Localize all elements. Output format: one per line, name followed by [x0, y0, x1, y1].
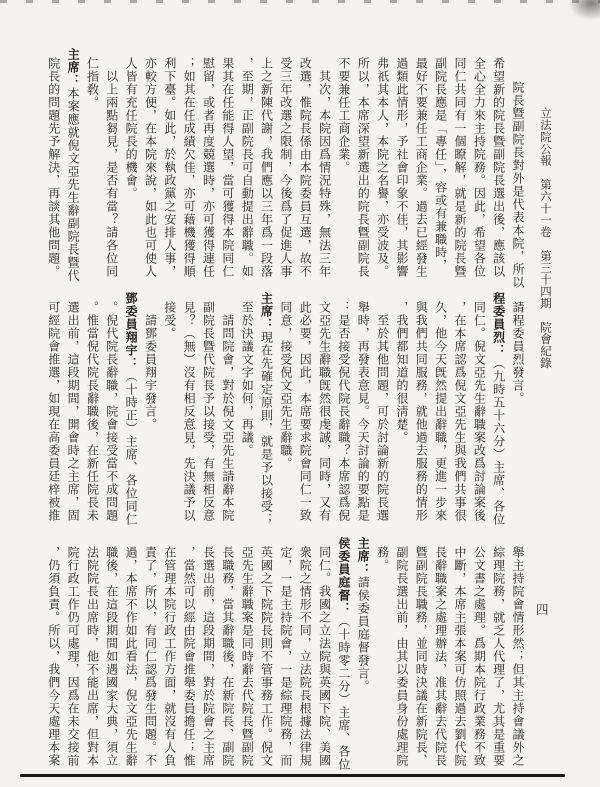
page-number: 四: [536, 600, 549, 618]
text-band-top: 院長曁副院長對外是代表本院，所以希望新的院長曁副院長選出後，應該以全心全力來主持…: [43, 48, 527, 284]
text-column: 同意，接受倪文亞先生辭職。: [276, 292, 295, 528]
text-column: 至於其他問題，可於討論新的院長選: [372, 292, 391, 528]
text-column: 亦較方便，在本院來說，如此也可使人: [140, 48, 159, 284]
text-column: 長選出前，這段期間，對於院會之主席: [198, 537, 217, 773]
text-column: 長職務，當其辭職後，在新院長、副院: [218, 537, 237, 773]
text-column: 院長的問題先予解決，再談其他問題。: [43, 48, 62, 284]
speech-column-speaker: 程委員烈：（九時五十六分）主席、各位: [488, 292, 507, 528]
text-column: 英國之下院院長則不管事務工作。倪文: [256, 537, 275, 773]
text-column: 此必要，因此，本席要求院會同仁一致: [295, 292, 314, 528]
text-column: 責了，所以，有同仁認爲發生問題。不: [140, 537, 159, 773]
text-column: ，當然可以經由院會推舉委員擔任；惟: [179, 537, 198, 773]
text-column: 。倪代院長辭職，院會接受當不成問題: [101, 292, 120, 528]
speech-column-speaker: 主席：請侯委員庭督發言。: [353, 537, 372, 773]
text-column: 亞先生辭職案是同時辭去代院長曁副院: [237, 537, 256, 773]
text-column: 副院長選出前，由其以委員身份處理院: [392, 537, 411, 773]
text-column: 職後，在這段期間如遇國家大典，須立: [101, 537, 120, 773]
text-column: 見？（無）沒有相反意見，先決議予以: [179, 292, 198, 528]
text-column: 同仁。倪文亞先生辭職案改爲討論案後: [469, 292, 488, 528]
text-column: 舉時，再發表意見。今天討論的要點是: [353, 292, 372, 528]
text-column: 果其在任能得人望，當可獲得本院同仁: [218, 48, 237, 284]
speech-column-speaker: 鄧委員翔宇：（十時正）主席、各位同仁: [121, 292, 140, 528]
text-column: 院行政工作仍可處理，因爲在未交接前: [63, 537, 82, 773]
speech-column-speaker: 主席：現在先確定原則，就是予以接受；: [256, 292, 275, 528]
gazette-header: 立法院公報 第六十一卷 第三十四期 院會紀錄: [538, 107, 554, 377]
speech-column-speaker: 侯委員庭督：（十時零二分）主席、各位: [334, 537, 353, 773]
text-band-bottom: 舉主持院會情形然；但其主持會議外之綜理院務，就乏人代理了，尤其是重要公文書之處理…: [43, 537, 527, 773]
text-column: 定，一是主持院會，一是綜理院務，而: [276, 537, 295, 773]
text-column: 同仁。我國之立法院與英國下院、美國: [314, 537, 333, 773]
text-column: ；如其在任成績欠佳，亦可藉機獲得順: [179, 48, 198, 284]
text-column: 綜理院務，就乏人代理了，尤其是重要: [488, 537, 507, 773]
text-column: 弗祇其本人，本院之名譽，亦受波及。: [372, 48, 391, 284]
gazette-scanned-page: 立法院公報 第六十一卷 第三十四期 院會紀錄 四 院長曁副院長對外是代表本院，所…: [0, 0, 600, 787]
text-column: 仁指敎。: [82, 48, 101, 284]
text-column: 在管理本院行政工作方面，就沒有人負: [159, 537, 178, 773]
scan-smudge-top-right: [566, 0, 600, 22]
text-column: ，至期，正副院長可自動提出辭職。如: [237, 48, 256, 284]
text-column: 務。: [372, 537, 391, 773]
text-column: ，在本席認爲倪文亞先生與我們共事很: [450, 292, 469, 528]
text-column: 長辭職案之處理辦法，准其辭去代院長: [430, 537, 449, 773]
text-column: 請鄧委員翔宇發言。: [140, 292, 159, 528]
text-column: 久，他今天旣然提出辭職，更進一步來: [430, 292, 449, 528]
text-column: 舉主持院會情形然；但其主持會議外之: [508, 537, 527, 773]
text-column: 不要兼任工商企業。: [334, 48, 353, 284]
text-column: ：是否接受倪代院長辭職？本席認爲倪: [334, 292, 353, 528]
text-column: 請問院會，對於倪文亞先生請辭本院: [218, 292, 237, 528]
text-column: 上之新陳代謝，我們應以三年爲一段落: [256, 48, 275, 284]
text-column: 。惟當倪代院長辭職後，在新任院長未: [82, 292, 101, 528]
text-column: 所以，本席深望新選出的院長曁副院長: [353, 48, 372, 284]
text-column: 過，本席不作如此看法，倪文亞先生辭: [121, 537, 140, 773]
text-column: 至於決議文字如何，再議。: [237, 292, 256, 528]
text-column: 全心全力來主持院務。因此，希望各位: [469, 48, 488, 284]
text-column: 改選，惟院長係由本院委員互選，故不: [295, 48, 314, 284]
text-column: 副院長應是「專任」，容或有兼職時，: [430, 48, 449, 284]
text-column: 院長曁副院長對外是代表本院，所以: [508, 48, 527, 284]
text-column: 副院長曁代院長予以接受，有無相反意: [198, 292, 217, 528]
text-column: 慰留，或者再度競選時，亦可獲得連任: [198, 48, 217, 284]
text-column: 人皆有充任院長的機會。: [121, 48, 140, 284]
text-band-middle: 請程委員烈發言。程委員烈：（九時五十六分）主席、各位同仁。倪文亞先生辭職案改爲討…: [43, 292, 527, 528]
text-column: 同仁共同有一個瞭解，就是新的院長曁: [450, 48, 469, 284]
text-column: ，仍須負責。所以，我們今天處理本案: [43, 537, 62, 773]
text-column: 利下臺。如此，於執政黨之安排人事，: [159, 48, 178, 284]
text-column: 衆院之情形不同，立法院長根據法律規: [295, 537, 314, 773]
speaker-name: 主席：: [66, 48, 80, 87]
text-column: 選出前，這段期間，開會時之主席，固: [63, 292, 82, 528]
speaker-name: 侯委員庭督：: [337, 537, 351, 615]
text-column: 曁副院長職務，並同時決議在新院長、: [411, 537, 430, 773]
text-column: 希望新的院長曁副院長選出後，應該以: [488, 48, 507, 284]
speech-column-speaker: 主席：本案應就倪文亞先生辭副院長曁代: [63, 48, 82, 284]
text-column: 與我們共同服務，就他過去服務的情形: [411, 292, 430, 528]
text-column: 其次，本院因爲情況特殊，無法三年: [314, 48, 333, 284]
text-column: 請程委員烈發言。: [508, 292, 527, 528]
scan-bottom-rule: [20, 774, 565, 777]
speaker-name: 主席：: [356, 537, 370, 576]
text-column: 接受。: [159, 292, 178, 528]
text-column: ，我們都知道的很淸楚。: [392, 292, 411, 528]
text-column: 法院院長出席時，他不能出席，但對本: [82, 537, 101, 773]
speaker-name: 程委員烈：: [492, 292, 506, 357]
text-column: 以上兩點芻見，是否有當？請各位同: [101, 48, 120, 284]
text-column: 公文書之處理。爲期本院行政業務不致: [469, 537, 488, 773]
speaker-name: 主席：: [260, 292, 274, 331]
text-column: 中斷，本席主張本案可仿照過去劉代院: [450, 537, 469, 773]
scan-noise-top: [0, 0, 600, 3]
text-column: 最好不要兼任工商企業。過去已經發生: [411, 48, 430, 284]
text-column: 可經院會推選，如現在高委員廷梓被推: [43, 292, 62, 528]
text-column: 過類此情形，予社會印象不佳，其影響: [392, 48, 411, 284]
text-column: 文亞先生辭職旣然很虔誠，同時，又有: [314, 292, 333, 528]
text-column: 受三年改選之限制，今後爲了促進人事: [276, 48, 295, 284]
speaker-name: 鄧委員翔宇：: [124, 292, 138, 370]
